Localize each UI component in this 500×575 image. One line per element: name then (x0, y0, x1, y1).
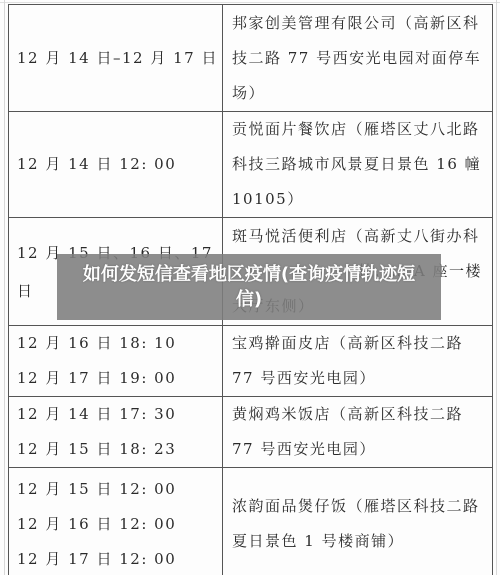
document-page: 12 月 14 日–12 月 17 日 邦家创美管理有限公司（高新区科 技二路 … (0, 0, 500, 575)
place-text: 斑马悦活便利店（高新丈八街办科 (232, 219, 488, 254)
place-text: 夏日景色 1 号楼商铺） (232, 524, 488, 559)
place-text: 科技三路城市风景夏日景色 16 幢 (232, 147, 488, 182)
time-text: 12 月 17 日 12: 00 (17, 542, 222, 575)
place-cell: 邦家创美管理有限公司（高新区科 技二路 77 号西安光电园对面停车 场） (223, 5, 493, 112)
page-edge-right (496, 0, 497, 575)
place-text: 邦家创美管理有限公司（高新区科 (232, 6, 488, 41)
title-overlay-banner: 如何发短信查看地区疫情(查询疫情轨迹短信) (57, 254, 441, 320)
place-cell: 宝鸡擀面皮店（高新区科技二路 77 号西安光电园） (223, 326, 493, 397)
place-text: 贡悦面片餐饮店（雁塔区丈八北路 (232, 112, 488, 147)
time-text: 12 月 16 日 18: 10 (17, 326, 222, 361)
place-text: 技二路 77 号西安光电园对面停车 (232, 41, 488, 76)
place-text: 10105） (232, 182, 488, 217)
time-text: 12 月 14 日–12 月 17 日 (17, 41, 222, 76)
time-text: 12 月 14 日 17: 30 (17, 397, 222, 432)
page-edge-top (0, 2, 500, 3)
table-row: 12 月 14 日–12 月 17 日 邦家创美管理有限公司（高新区科 技二路 … (9, 5, 493, 112)
place-text: 浓韵面品煲仔饭（雁塔区科技二路 (232, 489, 488, 524)
time-text: 12 月 15 日 18: 23 (17, 432, 222, 467)
place-cell: 浓韵面品煲仔饭（雁塔区科技二路 夏日景色 1 号楼商铺） (223, 468, 493, 575)
table-row: 12 月 16 日 18: 10 12 月 17 日 19: 00 宝鸡擀面皮店… (9, 326, 493, 397)
time-cell: 12 月 14 日–12 月 17 日 (9, 5, 223, 112)
table-row: 12 月 14 日 12: 00 贡悦面片餐饮店（雁塔区丈八北路 科技三路城市风… (9, 112, 493, 218)
place-text: 宝鸡擀面皮店（高新区科技二路 (232, 326, 488, 361)
time-cell: 12 月 15 日 12: 00 12 月 16 日 12: 00 12 月 1… (9, 468, 223, 575)
time-cell: 12 月 14 日 12: 00 (9, 112, 223, 218)
place-text: 77 号西安光电园） (232, 361, 488, 396)
place-text: 场） (232, 76, 488, 111)
place-text: 77 号西安光电园） (232, 432, 488, 467)
time-text: 12 月 14 日 12: 00 (17, 147, 222, 182)
place-text: 黄焖鸡米饭店（高新区科技二路 (232, 397, 488, 432)
table-row: 12 月 15 日 12: 00 12 月 16 日 12: 00 12 月 1… (9, 468, 493, 575)
table-row: 12 月 14 日 17: 30 12 月 15 日 18: 23 黄焖鸡米饭店… (9, 397, 493, 468)
page-edge-left (4, 0, 5, 575)
time-text: 12 月 16 日 12: 00 (17, 507, 222, 542)
time-text: 12 月 15 日 12: 00 (17, 472, 222, 507)
time-cell: 12 月 14 日 17: 30 12 月 15 日 18: 23 (9, 397, 223, 468)
place-cell: 贡悦面片餐饮店（雁塔区丈八北路 科技三路城市风景夏日景色 16 幢 10105） (223, 112, 493, 218)
place-cell: 黄焖鸡米饭店（高新区科技二路 77 号西安光电园） (223, 397, 493, 468)
overlay-title: 如何发短信查看地区疫情(查询疫情轨迹短信) (79, 262, 419, 312)
time-text: 12 月 17 日 19: 00 (17, 361, 222, 396)
time-cell: 12 月 16 日 18: 10 12 月 17 日 19: 00 (9, 326, 223, 397)
